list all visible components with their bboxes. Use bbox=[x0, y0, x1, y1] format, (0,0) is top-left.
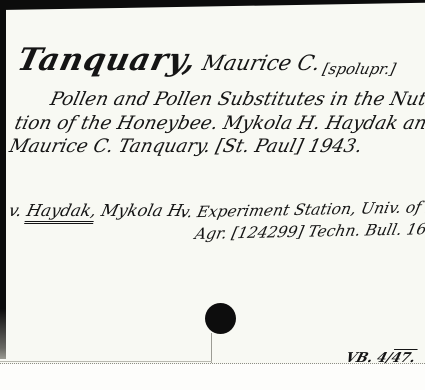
date-note-overlined: 47. bbox=[389, 350, 417, 366]
cross-reference-experiment-station: v. Experiment Station, Univ. of Minnesot… bbox=[174, 195, 425, 246]
card-bottom-rule-solid bbox=[0, 361, 212, 362]
punch-hole-guide-line bbox=[211, 333, 212, 363]
date-initials-note: VB. 4/47. bbox=[344, 350, 418, 366]
scan-edge-left bbox=[0, 0, 6, 359]
citation-line-1: Pollen and Pollen Substitutes in the Nut… bbox=[18, 88, 425, 112]
punch-hole bbox=[205, 303, 236, 334]
xref-name-rest: Mykola H. bbox=[94, 201, 190, 220]
cross-reference-haydak: v. Haydak, Mykola H. bbox=[7, 201, 190, 220]
date-note-prefix: VB. 4/ bbox=[344, 350, 394, 366]
author-heading: Tanquary, Maurice C. bbox=[14, 42, 325, 78]
coauthor-annotation: [spolupr.] bbox=[321, 60, 398, 78]
citation-paragraph: Pollen and Pollen Substitutes in the Nut… bbox=[7, 88, 425, 159]
citation-line-2: tion of the Honeybee. Mykola H. Haydak a… bbox=[12, 112, 425, 136]
citation-line-3: Maurice C. Tanquary. [St. Paul] 1943. bbox=[7, 135, 425, 159]
catalog-card-scan: Tanquary, Maurice C. [spolupr.] Pollen a… bbox=[0, 0, 425, 390]
author-given-names: Maurice C. bbox=[200, 51, 323, 75]
xref-underlined-name: Haydak, bbox=[24, 201, 99, 224]
scan-background bbox=[0, 364, 425, 390]
author-surname: Tanquary, bbox=[14, 42, 201, 78]
